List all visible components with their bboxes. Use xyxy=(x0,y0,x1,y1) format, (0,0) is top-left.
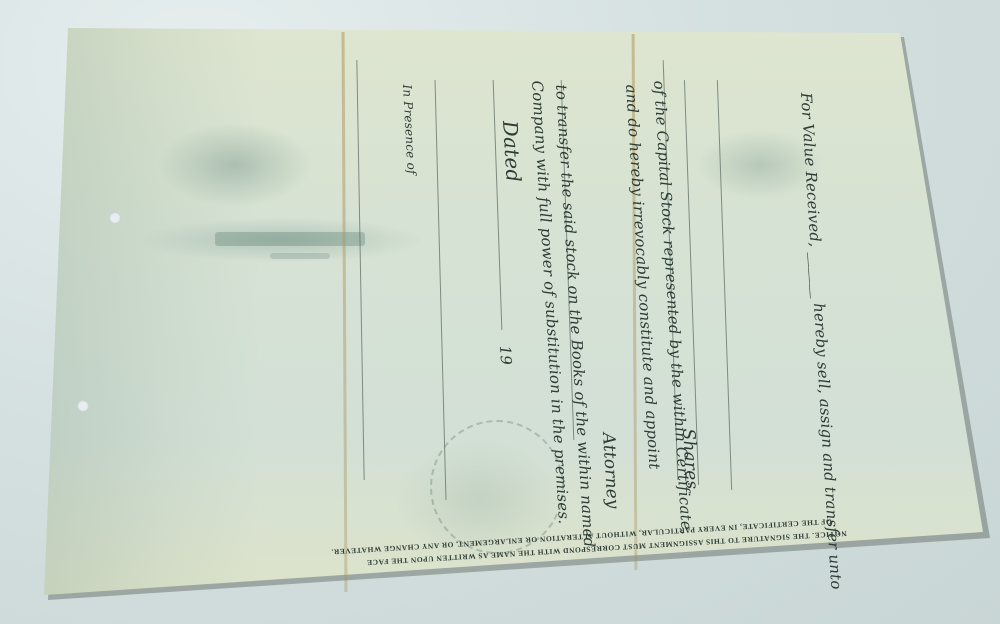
show-through-subtitle xyxy=(270,253,330,259)
punch-hole-top xyxy=(109,212,121,224)
year-prefix: 19 xyxy=(496,345,515,366)
dated-label: Dated xyxy=(498,120,526,183)
punch-hole-bottom xyxy=(77,400,89,412)
